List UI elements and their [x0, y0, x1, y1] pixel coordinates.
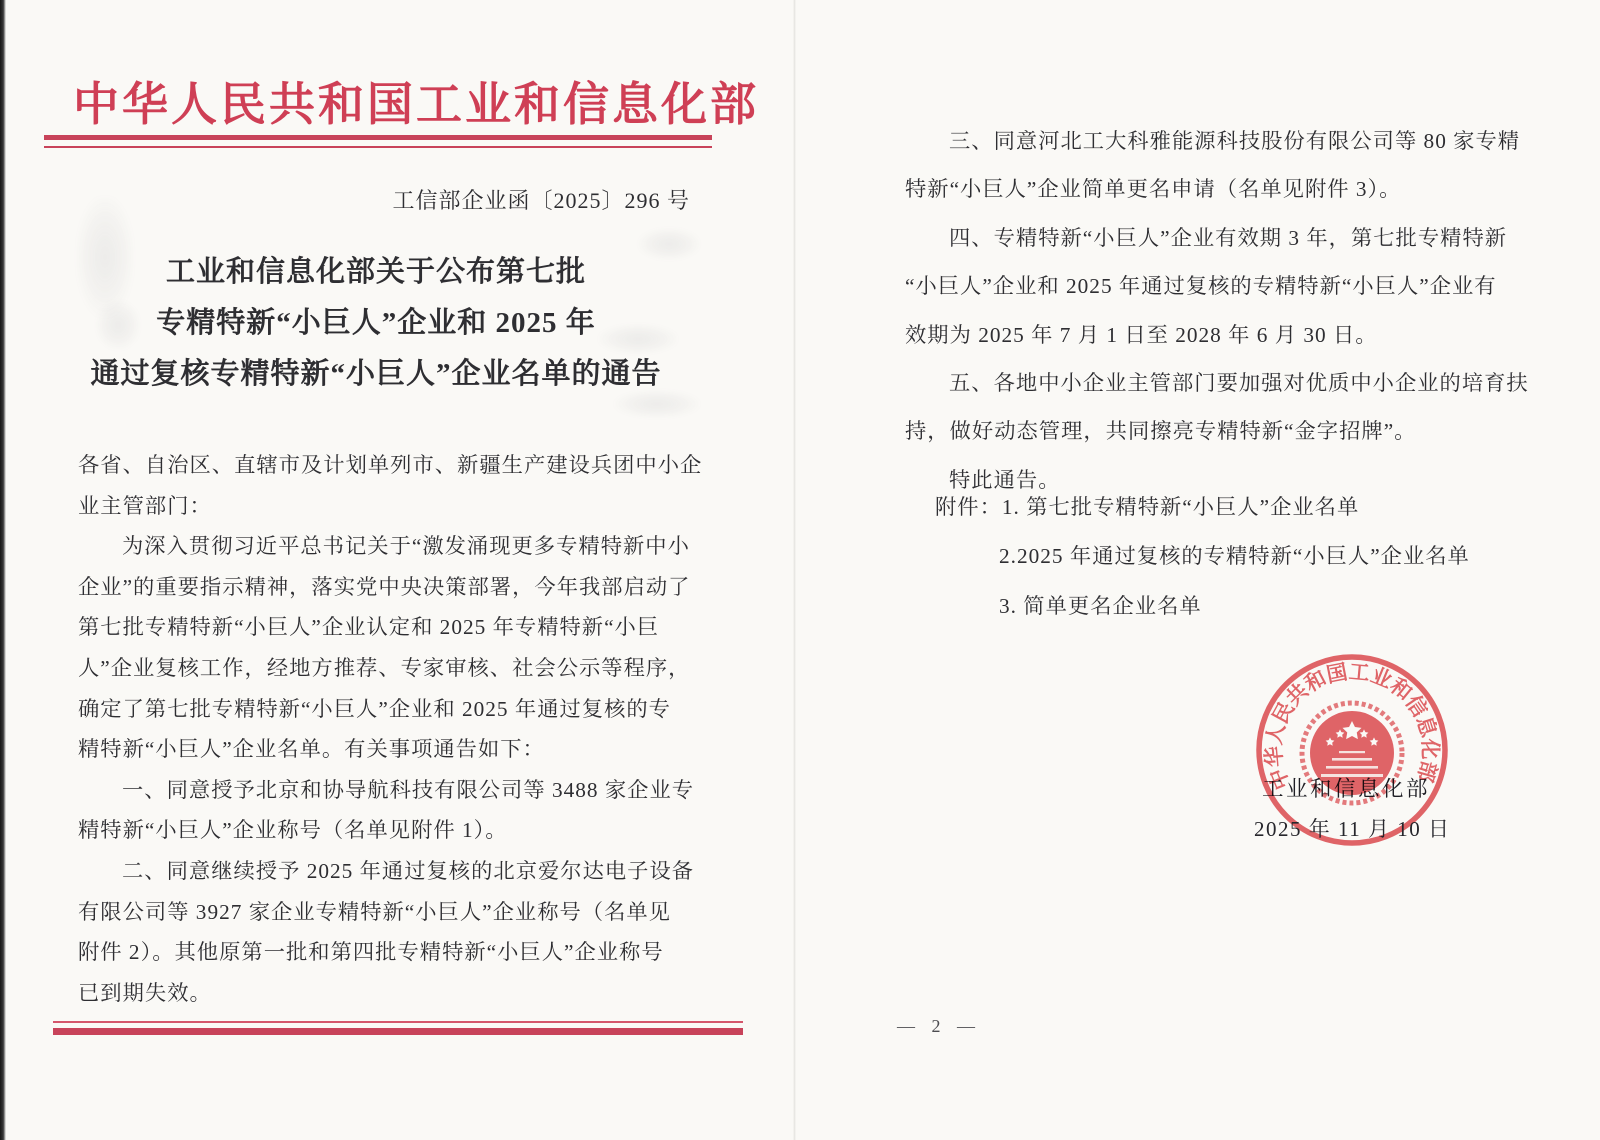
left-page-body: 各省、自治区、直辖市及计划单列市、新疆生产建设兵团中小企业主管部门：为深入贯彻习… — [78, 445, 684, 1013]
attachment-list: 附件：1. 第七批专精特新“小巨人”企业名单 2.2025 年通过复核的专精特新… — [935, 483, 1470, 631]
attachment-label: 附件： — [935, 495, 1002, 519]
text-line: 确定了第七批专精特新“小巨人”企业和 2025 年通过复核的专 — [78, 689, 684, 730]
text-line: 业主管部门： — [78, 486, 684, 527]
right-page-body: 三、同意河北工大科雅能源科技股份有限公司等 80 家专精特新“小巨人”企业简单更… — [905, 117, 1497, 504]
text-line: 有限公司等 3927 家企业专精特新“小巨人”企业称号（名单见 — [78, 892, 684, 933]
attachment-item: 2.2025 年通过复核的专精特新“小巨人”企业名单 — [999, 532, 1470, 581]
issue-date: 2025 年 11 月 10 日 — [1254, 813, 1450, 843]
footer-rule-thin — [53, 1021, 743, 1023]
text-line: 第七批专精特新“小巨人”企业认定和 2025 年专精特新“小巨 — [78, 607, 684, 648]
masthead-title: 中华人民共和国工业和信息化部 — [73, 68, 677, 134]
text-line: 企业”的重要指示精神，落实党中央决策部署，今年我部启动了 — [78, 567, 684, 608]
attachment-line: 附件：1. 第七批专精特新“小巨人”企业名单 — [935, 483, 1470, 532]
scanned-document: { "colors": { "accent_red": "#cf3f55", "… — [0, 0, 1600, 1140]
masthead-rule-thin — [44, 146, 712, 148]
title-line-1: 工业和信息化部关于公布第七批 — [70, 247, 682, 298]
masthead-rule-thick — [44, 135, 712, 140]
text-line: “小巨人”企业和 2025 年通过复核的专精特新“小巨人”企业有 — [905, 262, 1497, 310]
text-line: 效期为 2025 年 7 月 1 日至 2028 年 6 月 30 日。 — [905, 311, 1497, 359]
text-line: 附件 2）。其他原第一批和第四批专精特新“小巨人”企业称号 — [78, 932, 684, 973]
text-line: 持，做好动态管理，共同擦亮专精特新“金字招牌”。 — [905, 407, 1497, 455]
page-fold-line — [793, 0, 796, 1140]
document-title: 工业和信息化部关于公布第七批 专精特新“小巨人”企业和 2025 年 通过复核专… — [70, 247, 682, 400]
text-line: 一、同意授予北京和协导航科技有限公司等 3488 家企业专 — [78, 770, 684, 811]
footer-rule-thick — [53, 1028, 743, 1035]
document-number: 工信部企业函〔2025〕296 号 — [340, 184, 690, 215]
national-emblem — [1302, 703, 1402, 803]
text-line: 特新“小巨人”企业简单更名申请（名单见附件 3）。 — [905, 165, 1497, 213]
text-line: 为深入贯彻习近平总书记关于“激发涌现更多专精特新中小 — [78, 526, 684, 567]
text-line: 人”企业复核工作，经地方推荐、专家审核、社会公示等程序， — [78, 648, 684, 689]
title-line-3: 通过复核专精特新“小巨人”企业名单的通告 — [70, 349, 682, 400]
text-line: 二、同意继续授予 2025 年通过复核的北京爱尔达电子设备 — [78, 851, 684, 892]
attachment-item: 3. 简单更名企业名单 — [999, 582, 1470, 631]
scan-edge-shadow — [0, 0, 6, 1140]
text-line: 五、各地中小企业主管部门要加强对优质中小企业的培育扶 — [905, 359, 1497, 407]
attachment-item: 1. 第七批专精特新“小巨人”企业名单 — [1002, 495, 1359, 519]
text-line: 精特新“小巨人”企业称号（名单见附件 1）。 — [78, 810, 684, 851]
text-line: 各省、自治区、直辖市及计划单列市、新疆生产建设兵团中小企 — [78, 445, 684, 486]
text-line: 已到期失效。 — [78, 973, 684, 1014]
text-line: 精特新“小巨人”企业名单。有关事项通告如下： — [78, 729, 684, 770]
page-number: — 2 — — [897, 1016, 981, 1037]
title-line-2: 专精特新“小巨人”企业和 2025 年 — [70, 298, 682, 349]
text-line: 四、专精特新“小巨人”企业有效期 3 年，第七批专精特新 — [905, 214, 1497, 262]
text-line: 三、同意河北工大科雅能源科技股份有限公司等 80 家专精 — [905, 117, 1497, 165]
